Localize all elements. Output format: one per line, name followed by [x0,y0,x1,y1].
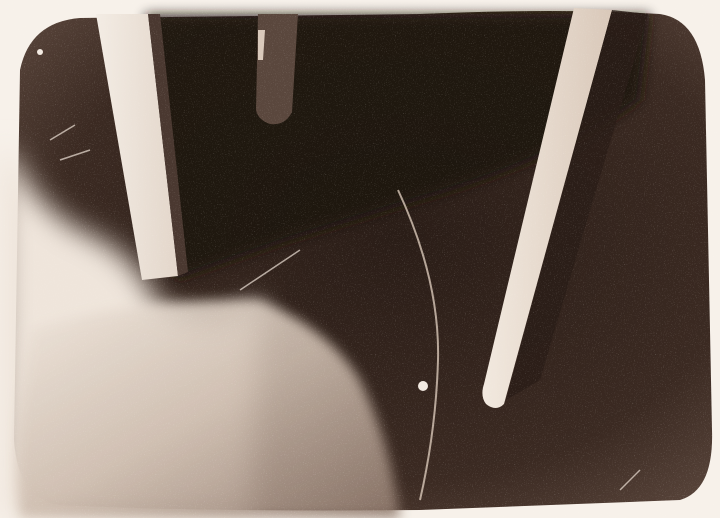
photograph [0,0,720,518]
film-grain [0,0,720,518]
